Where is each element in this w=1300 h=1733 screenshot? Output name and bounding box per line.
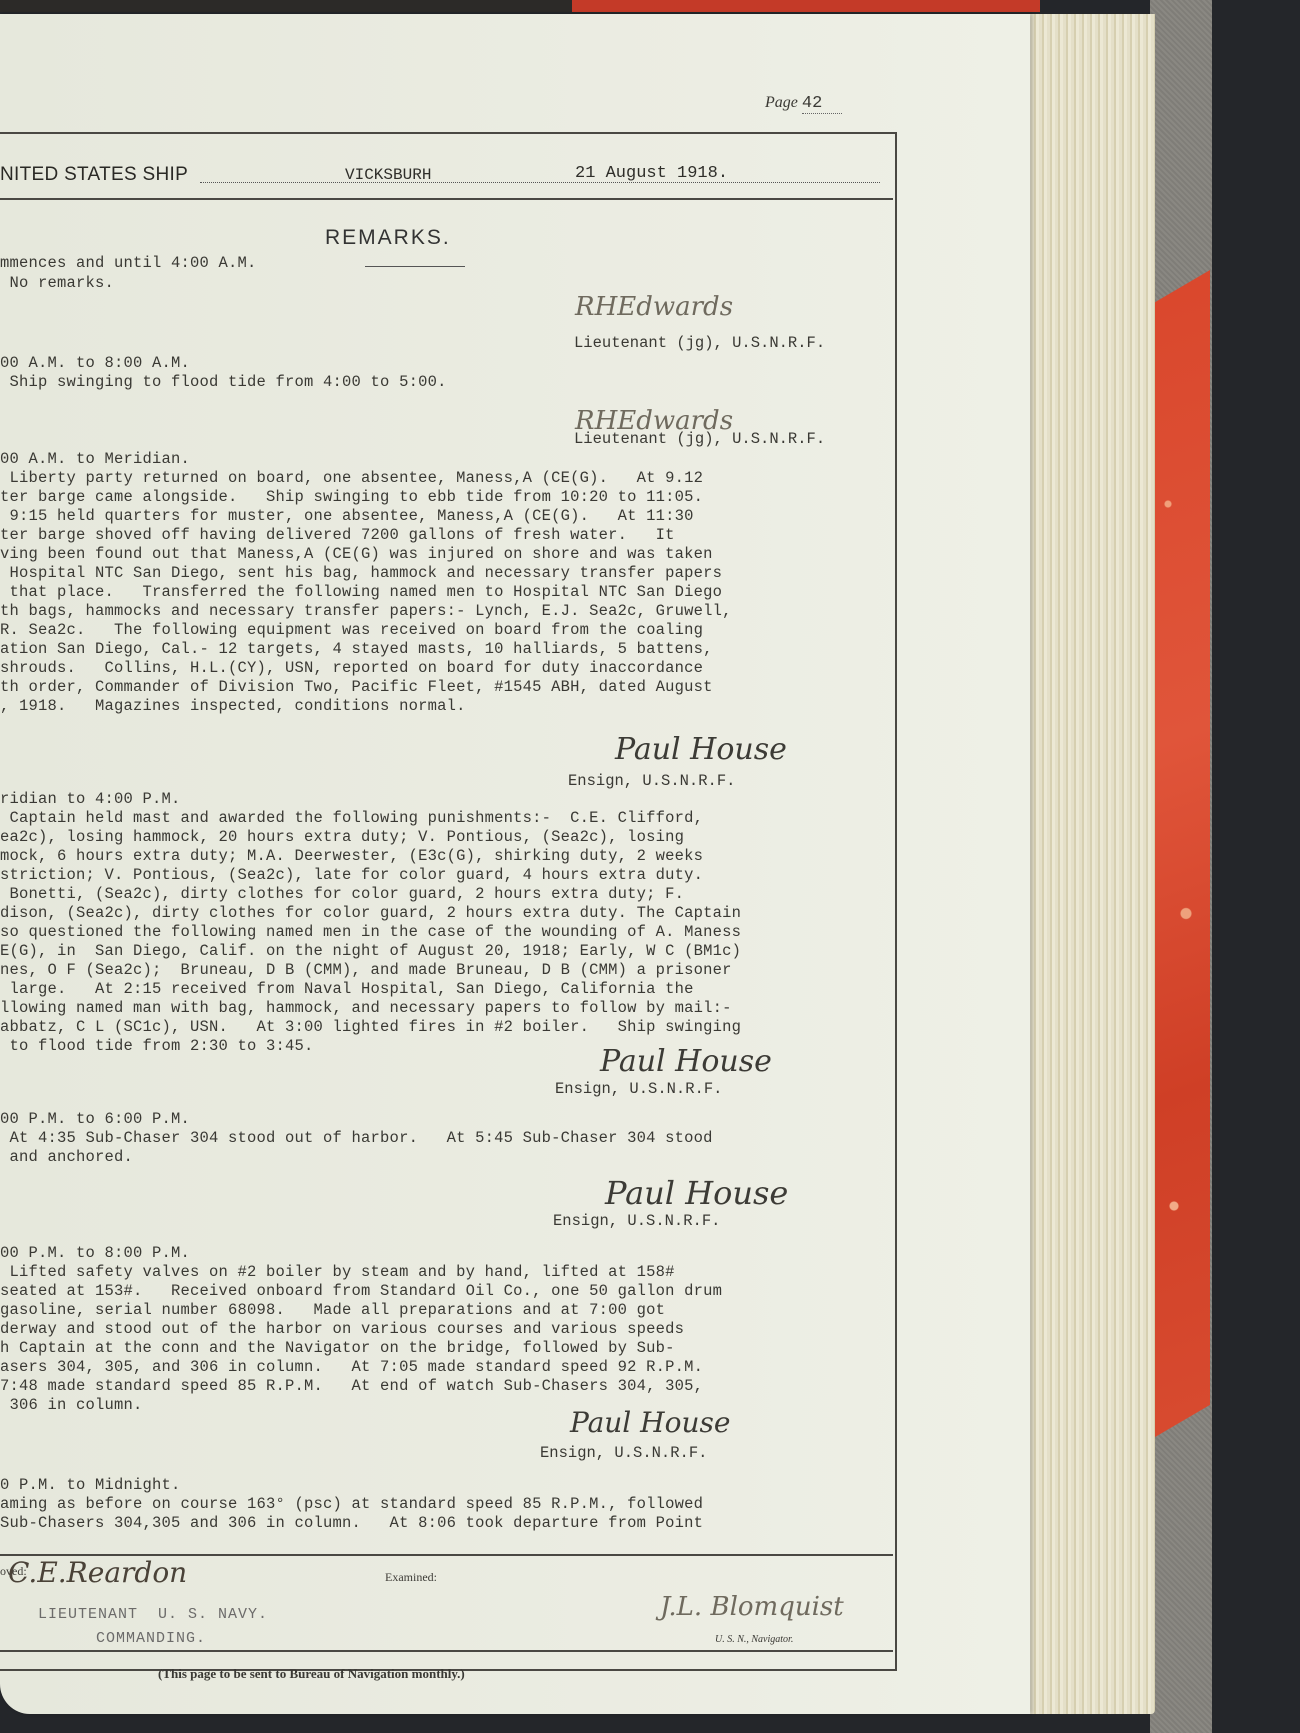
book-top-edge (0, 0, 1040, 12)
entry-line: asers 304, 305, and 306 in column. At 7:… (0, 1358, 703, 1376)
page-title: REMARKS. (325, 226, 451, 250)
signer-title: Ensign, U.S.N.R.F. (555, 1080, 722, 1098)
entry-line: ridian to 4:00 P.M. (0, 790, 181, 808)
signer-title: Ensign, U.S.N.R.F. (568, 772, 735, 790)
commanding-stamp-rank: LIEUTENANT U. S. NAVY. (38, 1606, 268, 1623)
entry-line: Lifted safety valves on #2 boiler by ste… (0, 1263, 675, 1281)
entry-line: ea2c), losing hammock, 20 hours extra du… (0, 828, 684, 846)
entry-line: th bags, hammocks and necessary transfer… (0, 602, 732, 620)
page-number-value: 42 (802, 94, 842, 114)
entry-line: 9:15 held quarters for muster, one absen… (0, 507, 694, 525)
entry-line: nes, O F (Sea2c); Bruneau, D B (CMM), an… (0, 961, 732, 979)
entry-line: and anchored. (0, 1148, 133, 1166)
entry-line: Bonetti, (Sea2c), dirty clothes for colo… (0, 885, 684, 903)
entry-line: ter barge came alongside. Ship swinging … (0, 488, 703, 506)
entry-line: large. At 2:15 received from Naval Hospi… (0, 980, 694, 998)
entry-line: 00 A.M. to 8:00 A.M. (0, 354, 190, 372)
ship-label: NITED STATES SHIP (0, 164, 188, 186)
examined-label: Examined: (385, 1570, 437, 1585)
signer-title: Ensign, U.S.N.R.F. (553, 1212, 720, 1230)
ship-name: VICKSBURH (345, 166, 431, 184)
entry-line: to flood tide from 2:30 to 3:45. (0, 1037, 314, 1055)
officer-signature: Paul House (600, 1044, 772, 1079)
entry-line: , 1918. Magazines inspected, conditions … (0, 697, 466, 715)
entry-line: No remarks. (0, 274, 114, 292)
commanding-officer-signature: C.E.Reardon (8, 1556, 187, 1589)
entry-line: R. Sea2c. The following equipment was re… (0, 621, 703, 639)
entry-line: 00 A.M. to Meridian. (0, 450, 190, 468)
entry-line: h Captain at the conn and the Navigator … (0, 1339, 675, 1357)
signer-title: Lieutenant (jg), U.S.N.R.F. (574, 334, 825, 352)
officer-signature: Paul House (570, 1406, 730, 1439)
entry-line: shrouds. Collins, H.L.(CY), USN, reporte… (0, 659, 703, 677)
entry-line: gasoline, serial number 68098. Made all … (0, 1301, 665, 1319)
officer-signature: RHEdwards (575, 292, 733, 322)
entry-line: Ship swinging to flood tide from 4:00 to… (0, 373, 447, 391)
signer-title: Lieutenant (jg), U.S.N.R.F. (574, 430, 825, 448)
entry-line: Hospital NTC San Diego, sent his bag, ha… (0, 564, 722, 582)
entry-line: 00 P.M. to 8:00 P.M. (0, 1244, 190, 1262)
entry-line: ation San Diego, Cal.- 12 targets, 4 sta… (0, 640, 713, 658)
entry-line: dison, (Sea2c), dirty clothes for color … (0, 904, 741, 922)
entry-line: striction; V. Pontious, (Sea2c), late fo… (0, 866, 703, 884)
entry-line: th order, Commander of Division Two, Pac… (0, 678, 713, 696)
entry-line: 00 P.M. to 6:00 P.M. (0, 1110, 190, 1128)
entry-line: llowing named man with bag, hammock, and… (0, 999, 732, 1017)
submission-note: (This page to be sent to Bureau of Navig… (158, 1666, 465, 1682)
log-date: 21 August 1918. (575, 164, 728, 183)
entry-line: aming as before on course 163° (psc) at … (0, 1495, 703, 1513)
entry-line: Captain held mast and awarded the follow… (0, 809, 703, 827)
entry-line: 306 in column. (0, 1396, 143, 1414)
title-underline (365, 266, 465, 267)
entry-line: that place. Transferred the following na… (0, 583, 722, 601)
entry-line: abbatz, C L (SC1c), USN. At 3:00 lighted… (0, 1018, 741, 1036)
entry-line: so questioned the following named men in… (0, 923, 741, 941)
header-divider (0, 198, 893, 200)
signer-title: Ensign, U.S.N.R.F. (540, 1444, 707, 1462)
page-number: Page42 (765, 94, 842, 113)
officer-signature: Paul House (605, 1174, 788, 1212)
entry-line: E(G), in San Diego, Calif. on the night … (0, 942, 741, 960)
entry-line: Sub-Chasers 304,305 and 306 in column. A… (0, 1514, 703, 1532)
entry-line: ter barge shoved off having delivered 72… (0, 526, 675, 544)
entry-line: derway and stood out of the harbor on va… (0, 1320, 684, 1338)
log-page: Page42 NITED STATES SHIP VICKSBURH 21 Au… (0, 14, 1030, 1714)
entry-line: ving been found out that Maness,A (CE(G)… (0, 545, 713, 563)
entry-line: Liberty party returned on board, one abs… (0, 469, 703, 487)
entry-line: 7:48 made standard speed 85 R.P.M. At en… (0, 1377, 703, 1395)
footer-bottom-rule (0, 1650, 893, 1652)
commanding-stamp-title: COMMANDING. (96, 1630, 206, 1647)
navigator-signature: J.L. Blomquist (660, 1592, 844, 1622)
entry-line: mock, 6 hours extra duty; M.A. Deerweste… (0, 847, 703, 865)
ship-header: NITED STATES SHIP VICKSBURH 21 August 19… (0, 162, 890, 192)
entry-line: At 4:35 Sub-Chaser 304 stood out of harb… (0, 1129, 713, 1147)
book-cover-marbled-paper (1150, 270, 1210, 1440)
entry-line: seated at 153#. Received onboard from St… (0, 1282, 722, 1300)
entry-line: mmences and until 4:00 A.M. (0, 254, 257, 272)
entry-line: 0 P.M. to Midnight. (0, 1476, 181, 1494)
dotted-fill-line (200, 182, 880, 183)
page-label: Page (765, 94, 798, 111)
navigator-title: U. S. N., Navigator. (715, 1634, 793, 1645)
officer-signature: Paul House (615, 732, 787, 767)
page-fore-edge (1015, 14, 1155, 1714)
